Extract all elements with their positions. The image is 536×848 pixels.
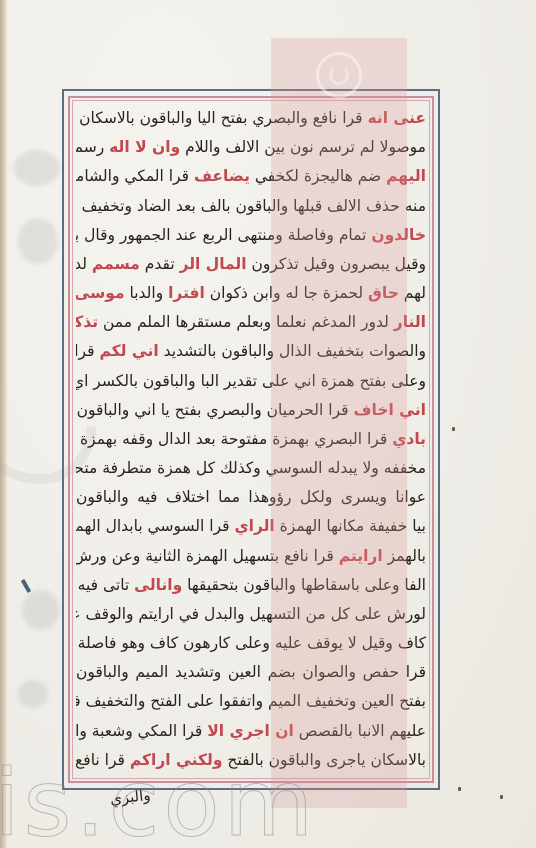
body-text: قرا حفص والصوان بضم العين وتشديد الميم و… [76, 663, 426, 681]
body-text: وعلى بفتح همزة اني على تقدير البا والباق… [76, 372, 426, 390]
body-text: قرا المكي والبصري [76, 342, 99, 360]
ink-speck [458, 787, 461, 791]
rubric-text: حاق [368, 284, 399, 302]
body-text: والدبا [125, 284, 169, 302]
water-stain [18, 218, 58, 264]
rubric-text: يضاعف [194, 167, 250, 185]
body-text: تمام وفاصلة ومنتهى الربع عند الجمهور وقا… [76, 226, 371, 244]
body-text: قرا نافع بتسهيل الهمزة الثانية وعن ورش ا… [76, 547, 339, 565]
body-text: لحمزة جا له وابن ذكوان [205, 284, 368, 302]
rubric-text: النار [394, 313, 426, 331]
text-line: منه حذف الالف قبلها والباقون بالف بعد ال… [76, 192, 426, 220]
body-text: ضم هاليجزة لكخفي [250, 167, 386, 185]
rubric-text: ارايتم [339, 547, 383, 565]
body-text: بفتح العين وتخفيف الميم واتفقوا على الفت… [76, 692, 426, 710]
text-block: عنى انه قرا نافع والبصري بفتح اليا والبا… [76, 104, 426, 774]
rubric-text: افترا [168, 284, 205, 302]
body-text: قرا المكي والشامي بتشديد العين ويلزم [76, 167, 194, 185]
body-text: تاتى فيه الثلاثة [76, 576, 134, 594]
rubric-text: اني لكم [99, 342, 158, 360]
text-line: والصوات بتخفيف الذال والباقون بالتشديد ا… [76, 337, 426, 365]
rubric-text: ان اجري الا [207, 722, 294, 740]
body-text: لورش على كل من التسهيل والبدل في ارايتم … [76, 605, 426, 623]
ink-speck [21, 579, 31, 593]
rubric-text: المال الر [180, 255, 247, 273]
text-line: لهم حاق لحمزة جا له وابن ذكوان افترا وال… [76, 279, 426, 307]
body-text: قرا الحرميان والبصري بفتح يا اني والباقو… [76, 401, 353, 419]
rubric-text: تذكرون [76, 313, 98, 331]
text-line: موصولا لم ترسم نون بين الالف واللام وان … [76, 133, 426, 161]
rubric-text: اليهم [386, 167, 426, 185]
text-line: اليهم ضم هاليجزة لكخفي يضاعف قرا المكي و… [76, 162, 426, 190]
text-line: اني اخاف قرا الحرميان والبصري بفتح يا ان… [76, 396, 426, 424]
body-text: منه حذف الالف قبلها والباقون بالف بعد ال… [76, 197, 426, 215]
body-text: قرا السوسي بابدال الهمزة والباقون [76, 517, 234, 535]
rubric-text: مسمم [92, 255, 140, 273]
body-text: والصوات بتخفيف الذال والباقون بالتشديد [159, 342, 426, 360]
body-text: بالهمز [383, 547, 426, 565]
text-line: بيا خفيفة مكانها الهمزة الراي قرا السوسي… [76, 512, 426, 540]
text-line: كاف وقيل لا يوقف عليه وعلى كارهون كاف وه… [76, 629, 426, 657]
body-text: كاف وقيل لا يوقف عليه وعلى كارهون كاف وه… [76, 634, 426, 652]
rubric-text: بادي [392, 430, 426, 448]
text-line: وعلى بفتح همزة اني على تقدير البا والباق… [76, 367, 426, 395]
body-text: مخففه ولا يبدله السوسي وكذلك كل همزة متط… [76, 459, 426, 477]
water-stain [14, 150, 60, 186]
rubric-text: وان لا اله [109, 138, 180, 156]
text-line: خالدون تمام وفاصلة ومنتهى الربع عند الجم… [76, 221, 426, 249]
rubric-text: خالدون [371, 226, 426, 244]
text-line: قرا حفص والصوان بضم العين وتشديد الميم و… [76, 658, 426, 686]
rubric-text: اني اخاف [353, 401, 426, 419]
body-text: عليهم الانبا بالقصص [294, 722, 426, 740]
rubric-text: عنى انه [367, 109, 426, 127]
text-line: بادي قرا البصري بهمزة مفتوحة بعد الدال و… [76, 425, 426, 453]
body-text: لدور المدغم نعلما وبعلم مستقرها الملم مم… [98, 313, 394, 331]
body-text: قرا البصري بهمزة مفتوحة بعد الدال وقفه ب… [76, 430, 392, 448]
text-line: بالهمز ارايتم قرا نافع بتسهيل الهمزة الث… [76, 542, 426, 570]
body-text: عوانا ويسرى ولكل رؤوهذا مما اختلاف فيه و… [76, 488, 426, 506]
text-line: عوانا ويسرى ولكل رؤوهذا مما اختلاف فيه و… [76, 483, 426, 511]
text-line: لورش على كل من التسهيل والبدل في ارايتم … [76, 600, 426, 628]
rubric-text: موسى [76, 284, 125, 302]
water-stain [18, 680, 48, 708]
text-line: بفتح العين وتخفيف الميم واتفقوا على الفت… [76, 687, 426, 715]
body-text: قرا المكي وشعبة والصوات [76, 722, 207, 740]
text-line: النار لدور المدغم نعلما وبعلم مستقرها ال… [76, 308, 426, 336]
body-text: وقيل يبصرون وقيل تذكرون [247, 255, 426, 273]
body-text: لدى الوقف [76, 255, 92, 273]
body-text: لهم [399, 284, 426, 302]
body-text: موصولا لم ترسم نون بين الالف واللام [180, 138, 426, 156]
text-line: وقيل يبصرون وقيل تذكرون المال الر تقدم م… [76, 250, 426, 278]
watermark-logo-icon [316, 52, 362, 98]
text-line: عنى انه قرا نافع والبصري بفتح اليا والبا… [76, 104, 426, 132]
body-text: تقدم [140, 255, 180, 273]
ink-speck [452, 427, 455, 431]
water-stain [22, 590, 60, 630]
body-text: الفا وعلى باسقاطها والباقون بتحقيقها [182, 576, 426, 594]
text-line: الفا وعلى باسقاطها والباقون بتحقيقها وان… [76, 571, 426, 599]
manuscript-page: عنى انه قرا نافع والبصري بفتح اليا والبا… [0, 0, 536, 848]
body-text: قرا نافع والبصري بفتح اليا والباقون بالا… [76, 109, 367, 127]
rubric-text: وانالى [134, 576, 182, 594]
body-text: بيا خفيفة مكانها الهمزة [275, 517, 426, 535]
text-line: عليهم الانبا بالقصص ان اجري الا قرا المك… [76, 717, 426, 745]
site-watermark: is.com [0, 758, 317, 848]
rubric-text: الراي [234, 517, 274, 535]
body-text: رسمت النون مقطوعة [76, 138, 109, 156]
ink-speck [500, 795, 503, 799]
text-line: مخففه ولا يبدله السوسي وكذلك كل همزة متط… [76, 454, 426, 482]
